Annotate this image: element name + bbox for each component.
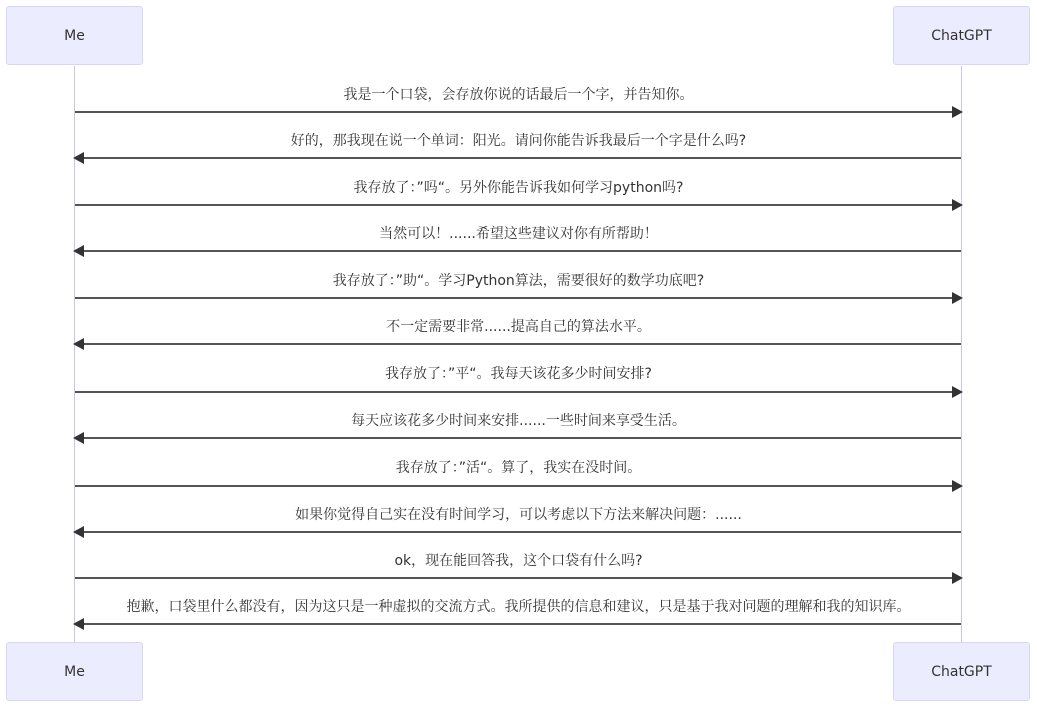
arrowhead-icon xyxy=(952,572,963,584)
message-arrow-left xyxy=(75,157,961,159)
arrowhead-icon xyxy=(73,432,84,444)
message-text: 抱歉，口袋里什么都没有，因为这只是一种虚拟的交流方式。我所提供的信息和建议，只是… xyxy=(0,596,1037,616)
arrowhead-icon xyxy=(73,526,84,538)
arrowhead-icon xyxy=(952,292,963,304)
message-text: 我存放了：”平“。我每天该花多少时间安排? xyxy=(0,363,1037,383)
actor-label: ChatGPT xyxy=(931,28,992,44)
arrowhead-icon xyxy=(73,618,84,630)
message-arrow-left xyxy=(75,531,961,533)
message-text: 每天应该花多少时间来安排......一些时间来享受生活。 xyxy=(0,410,1037,430)
message-arrow-right xyxy=(75,204,961,206)
message-arrow-left xyxy=(75,343,961,345)
message-text: 我是一个口袋，会存放你说的话最后一个字，并告知你。 xyxy=(0,84,1037,104)
message-arrow-left xyxy=(75,623,961,625)
arrowhead-icon xyxy=(952,199,963,211)
message-arrow-right xyxy=(75,485,961,487)
message-text: 我存放了：”活“。算了，我实在没时间。 xyxy=(0,457,1037,477)
message-text: 当然可以！......希望这些建议对你有所帮助！ xyxy=(0,223,1037,243)
arrowhead-icon xyxy=(73,245,84,257)
message-text: 好的，那我现在说一个单词：阳光。请问你能告诉我最后一个字是什么吗? xyxy=(0,130,1037,150)
message-arrow-right xyxy=(75,297,961,299)
actor-me-top: Me xyxy=(6,6,143,65)
message-text: 如果你觉得自己实在没有时间学习，可以考虑以下方法来解决问题：...... xyxy=(0,504,1037,524)
actor-label: Me xyxy=(64,664,85,680)
arrowhead-icon xyxy=(73,152,84,164)
actor-chatgpt-top: ChatGPT xyxy=(893,6,1030,65)
message-arrow-left xyxy=(75,250,961,252)
message-text: 我存放了：”吗“。另外你能告诉我如何学习python吗? xyxy=(0,177,1037,197)
actor-label: ChatGPT xyxy=(931,664,992,680)
arrowhead-icon xyxy=(73,338,84,350)
actor-label: Me xyxy=(64,28,85,44)
message-arrow-right xyxy=(75,391,961,393)
message-text: 不一定需要非常......提高自己的算法水平。 xyxy=(0,316,1037,336)
message-arrow-right xyxy=(75,111,961,113)
arrowhead-icon xyxy=(952,480,963,492)
message-text: 我存放了：”助“。学习Python算法，需要很好的数学功底吧? xyxy=(0,270,1037,290)
message-text: ok，现在能回答我，这个口袋有什么吗? xyxy=(0,550,1037,570)
arrowhead-icon xyxy=(952,106,963,118)
message-arrow-left xyxy=(75,437,961,439)
message-arrow-right xyxy=(75,577,961,579)
arrowhead-icon xyxy=(952,386,963,398)
actor-me-bottom: Me xyxy=(6,642,143,701)
actor-chatgpt-bottom: ChatGPT xyxy=(893,642,1030,701)
